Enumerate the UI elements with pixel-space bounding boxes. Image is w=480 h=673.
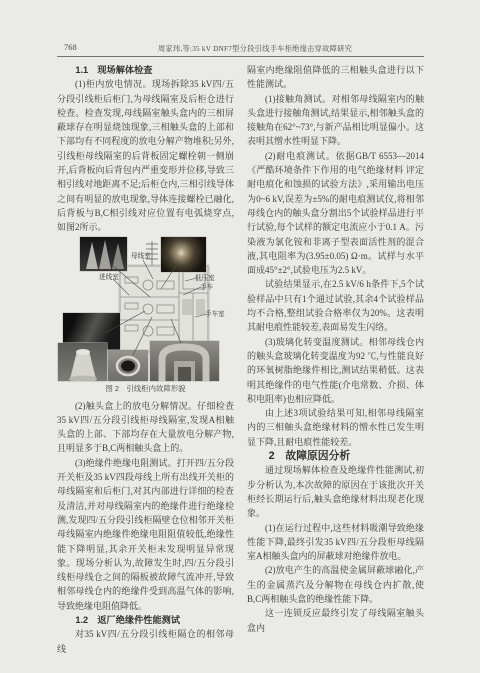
figure-2-caption: 图 2 引线柜内故障形貌 (57, 384, 234, 394)
label-handcart: 手车 (200, 284, 213, 291)
header-rule (57, 56, 424, 57)
paragraph: (1)接触角测试。对相邻母线隔室内的触头盒进行接触角测试,结果显示,相邻触头盒的… (247, 92, 424, 149)
label-busbar-room: 母线室 (131, 253, 151, 260)
paragraph: 由上述3项试验结果可知,相邻母线隔室内的三相触头盒绝缘材料的憎水性已发生明显下降… (247, 406, 424, 449)
paragraph: (1)柜内放电情况。现场拆除35 kV四/五分段引线柜后柜门,为母线隔室及后柜仓… (57, 77, 234, 234)
section-heading-1-2: 1.2 返厂绝缘件性能测试 (57, 613, 234, 627)
paragraph: (1)在运行过程中,这些材料吸潮导致绝缘性能下降,最终引发35 kV四/五分段柜… (247, 521, 424, 564)
label-lv-room: 低压室 (195, 275, 215, 282)
photo-burned-bushings (80, 237, 127, 271)
paragraph: 试验结果显示,在2.5 kV/6 h条件下,5个试验样品中只有1个通过试验,其余… (247, 277, 424, 334)
paragraph: (3)绝缘件绝缘电阻测试。打开四/五分段开关柜及35 kV四段母线上所有出线开关… (57, 456, 234, 613)
photo-burn-through-hole (108, 350, 148, 381)
paragraph: 隔室内绝缘阻值降低的三相触头盒进行以下性能测试。 (247, 63, 424, 92)
paragraph: (2)耐电痕测试。依据GB/T 6553—2014《严酷环境条件下作用的电气绝缘… (247, 149, 424, 278)
section-heading-2: 2 故障原因分析 (247, 449, 424, 463)
page-number: 768 (64, 42, 77, 52)
paragraph: (2)放电产生的高温使金属屏蔽球融化,产生的金属蒸汽及分解物在母线仓内扩散,使B… (247, 563, 424, 606)
photo-damaged-contact-box (150, 341, 219, 381)
paper-page: 768 周家玮,等:35 kV DNF7型分段引线手车柜绝缘击穿故障研究 1.1… (0, 0, 480, 673)
paragraph: 通过现场解体检查及绝缘件性能测试,初步分析认为,本次故障的原因在于该批次开关柜经… (247, 463, 424, 520)
label-handcart-room: 手车室 (205, 311, 225, 318)
photo-cone-insulator (58, 343, 107, 381)
paragraph: (3)玻璃化转变温度测试。相邻母线仓内的触头盒玻璃化转变温度为92 ℃,与性能良… (247, 335, 424, 406)
section-heading-1-1: 1.1 现场解体检查 (57, 63, 234, 77)
running-title: 周家玮,等:35 kV DNF7型分段引线手车柜绝缘击穿故障研究 (90, 44, 420, 54)
photo-arc-damage (161, 237, 206, 272)
paragraph: 对35 kV四/五分段引线柜隔仓的相邻母线 (57, 627, 234, 656)
left-column: 1.1 现场解体检查 (1)柜内放电情况。现场拆除35 kV四/五分段引线柜后柜… (57, 63, 234, 656)
right-column: 隔室内绝缘阻值降低的三相触头盒进行以下性能测试。 (1)接触角测试。对相邻母线隔… (247, 63, 424, 635)
figure-2: 母线室 进线室 低压室 手车 手车室 (57, 237, 234, 381)
label-incoming-room: 进线室 (99, 274, 119, 281)
paragraph: (2)触头盒上的放电分解情况。仔细检查35 kV四/五分段引线柜母线隔室,发现A… (57, 399, 234, 456)
paragraph: 这一连锁反应最终引发了母线隔室触头盒内 (247, 606, 424, 635)
